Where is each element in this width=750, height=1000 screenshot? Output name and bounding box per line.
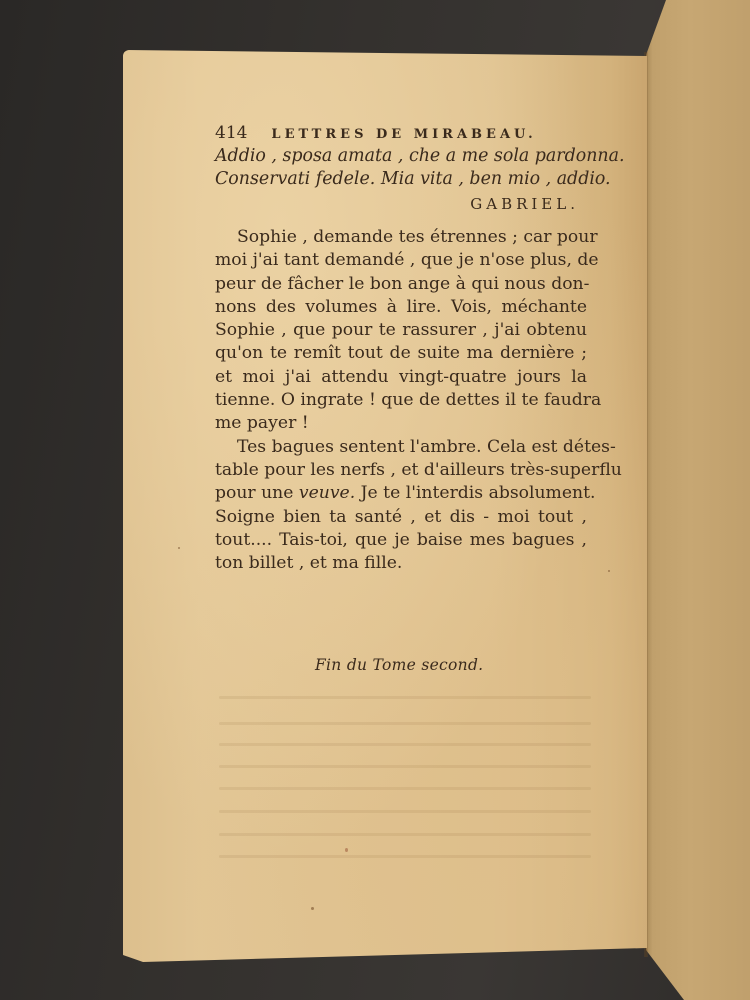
- page-text-block: 414 LETTRES DE MIRABEAU. Addio , sposa a…: [215, 121, 587, 575]
- text-line: Sophie , demande tes étrennes ; car pour: [215, 226, 587, 249]
- facing-page: [646, 0, 750, 1000]
- show-through-line: [219, 810, 591, 813]
- text-run: Je te l'interdis absolument.: [355, 483, 595, 503]
- book-page: 414 LETTRES DE MIRABEAU. Addio , sposa a…: [123, 50, 647, 962]
- text-line: Sophie , que pour te rassurer , j'ai obt…: [215, 319, 587, 342]
- verse-line-1: Addio , sposa amata , che a me sola pard…: [215, 145, 587, 168]
- show-through-line: [219, 696, 591, 699]
- text-run: pour une: [215, 483, 299, 503]
- foxing-spot: [311, 907, 314, 910]
- text-line: qu'on te remît tout de suite ma dernière…: [215, 342, 587, 365]
- text-line: et moi j'ai attendu vingt-quatre jours l…: [215, 366, 587, 389]
- paragraph-2: Tes bagues sentent l'ambre. Cela est dét…: [215, 436, 587, 576]
- colophon: Fin du Tome second.: [315, 656, 483, 674]
- paragraph-1: Sophie , demande tes étrennes ; car pour…: [215, 226, 587, 436]
- text-line: peur de fâcher le bon ange à qui nous do…: [215, 273, 587, 296]
- text-line: ton billet , et ma fille.: [215, 552, 587, 575]
- foxing-spot: [345, 848, 348, 852]
- running-head: 414 LETTRES DE MIRABEAU.: [215, 121, 587, 145]
- text-line: Tes bagues sentent l'ambre. Cela est dét…: [215, 436, 587, 459]
- text-line: nons des volumes à lire. Vois, méchante: [215, 296, 587, 319]
- foxing-spot: [608, 570, 610, 572]
- show-through-line: [219, 722, 591, 725]
- letter-signature: GABRIEL.: [215, 191, 579, 218]
- text-line: Soigne bien ta santé , et dis - moi tout…: [215, 506, 587, 529]
- text-line: tout.... Tais-toi, que je baise mes bagu…: [215, 529, 587, 552]
- emphasis-word: veuve.: [299, 483, 355, 503]
- text-line: table pour les nerfs , et d'ailleurs trè…: [215, 459, 587, 482]
- foxing-spot: [178, 547, 180, 549]
- text-line: tienne. O ingrate ! que de dettes il te …: [215, 389, 587, 412]
- verse-line-2: Conservati fedele. Mia vita , ben mio , …: [215, 168, 587, 191]
- text-line: moi j'ai tant demandé , que je n'ose plu…: [215, 249, 587, 272]
- show-through-line: [219, 855, 591, 858]
- show-through-line: [219, 787, 591, 790]
- running-title: LETTRES DE MIRABEAU.: [271, 127, 536, 142]
- show-through-line: [219, 833, 591, 836]
- show-through-line: [219, 743, 591, 746]
- text-line: me payer !: [215, 412, 587, 435]
- text-line-with-emphasis: pour une veuve. Je te l'interdis absolum…: [215, 482, 587, 505]
- page-number: 414: [215, 123, 247, 143]
- show-through-line: [219, 765, 591, 768]
